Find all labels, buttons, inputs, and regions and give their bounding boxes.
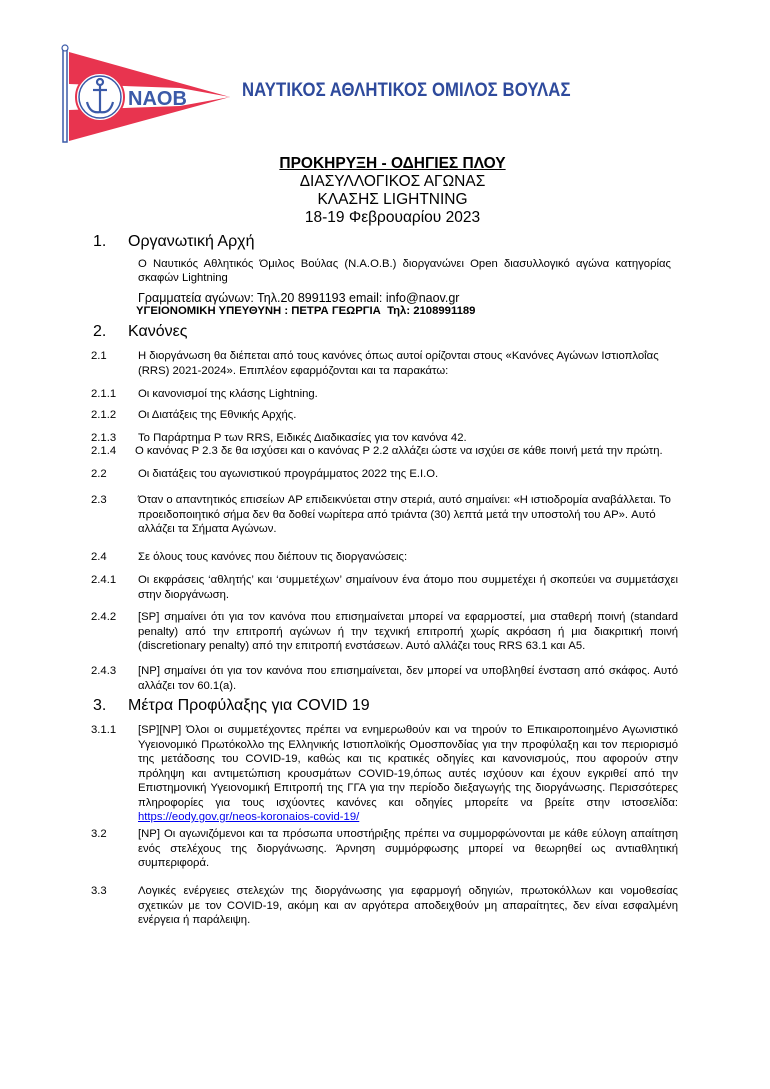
section-title: Οργανωτική Αρχή (128, 233, 254, 251)
item-number: 3.3 (91, 884, 107, 899)
club-pennant-logo: NAOB (60, 44, 240, 144)
health-officer-contact: ΥΓΕΙΟΝΟΜΙΚΗ ΥΠΕΥΘΥΝΗ : ΠΕΤΡΑ ΓΕΩΡΓΙΑ Τηλ… (136, 304, 475, 318)
item-text: Όταν ο απαντητικός επισείων AP επιδεικνύ… (138, 493, 678, 537)
section-title: Κανόνες (128, 323, 187, 341)
item-text: Οι Διατάξεις της Εθνικής Αρχής. (138, 408, 678, 423)
section-number: 1. (93, 233, 106, 251)
item-text: Οι κανονισμοί της κλάσης Lightning. (138, 387, 678, 402)
item-number: 2.1.4 (91, 444, 116, 459)
item-text: [SP] σημαίνει ότι για τον κανόνα που επι… (138, 610, 678, 654)
item-number: 2.4.2 (91, 610, 116, 625)
event-date: 18-19 Φεβρουαρίου 2023 (15, 209, 770, 227)
item-text: Οι εκφράσεις ‘αθλητής’ και ‘συμμετέχων’ … (138, 573, 678, 602)
eody-covid-link[interactable]: https://eody.gov.gr/neos-koronaios-covid… (138, 811, 359, 823)
item-text: [NP] Οι αγωνιζόμενοι και τα πρόσωπα υποσ… (138, 827, 678, 871)
item-text: Ο κανόνας P 2.3 δε θα ισχύσει και ο κανό… (135, 444, 695, 459)
section-number: 2. (93, 323, 106, 341)
item-number: 2.4.3 (91, 664, 116, 679)
svg-text:NAOB: NAOB (128, 88, 187, 110)
item-text: Λογικές ενέργειες στελεχών της διοργάνωσ… (138, 884, 678, 928)
item-number: 2.4 (91, 550, 107, 565)
item-number: 2.1.2 (91, 408, 116, 423)
item-number: 3.2 (91, 827, 107, 842)
item-number: 2.4.1 (91, 573, 116, 588)
event-class: ΚΛΑΣΗΣ LIGHTNING (15, 191, 770, 209)
item-text: [NP] σημαίνει ότι για τον κανόνα που επι… (138, 664, 678, 693)
item-text: Σε όλους τους κανόνες που διέπουν τις δι… (138, 550, 678, 565)
item-number: 2.2 (91, 467, 107, 482)
secretariat-contact: Γραμματεία αγώνων: Τηλ.20 8991193 email:… (138, 291, 459, 305)
document-title-block: ΠΡΟΚΗΡΥΞΗ - ΟΔΗΓΙΕΣ ΠΛΟΥ ΔΙΑΣΥΛΛΟΓΙΚΟΣ Α… (0, 155, 770, 227)
document-title: ΠΡΟΚΗΡΥΞΗ - ΟΔΗΓΙΕΣ ΠΛΟΥ (15, 155, 770, 173)
item-text: [SP][NP] Όλοι οι συμμετέχοντες πρέπει να… (138, 723, 678, 825)
club-name: ΝΑΥΤΙΚΟΣ ΑΘΛΗΤΙΚΟΣ ΟΜΙΛΟΣ ΒΟΥΛΑΣ (242, 80, 571, 102)
item-text: Η διοργάνωση θα διέπεται από τους κανόνε… (138, 349, 678, 378)
event-name: ΔΙΑΣΥΛΛΟΓΙΚΟΣ ΑΓΩΝΑΣ (15, 173, 770, 191)
section-number: 3. (93, 697, 106, 715)
item-number: 2.3 (91, 493, 107, 508)
item-number: 3.1.1 (91, 723, 116, 738)
item-text: Οι διατάξεις του αγωνιστικού προγράμματο… (138, 467, 678, 482)
item-text-body: [SP][NP] Όλοι οι συμμετέχοντες πρέπει να… (138, 724, 678, 809)
item-number: 2.1.1 (91, 387, 116, 402)
section-title: Μέτρα Προφύλαξης για COVID 19 (128, 697, 370, 715)
organizer-paragraph: Ο Ναυτικός Αθλητικός Όμιλος Βούλας (Ν.Α.… (138, 257, 671, 285)
item-number: 2.1 (91, 349, 107, 364)
